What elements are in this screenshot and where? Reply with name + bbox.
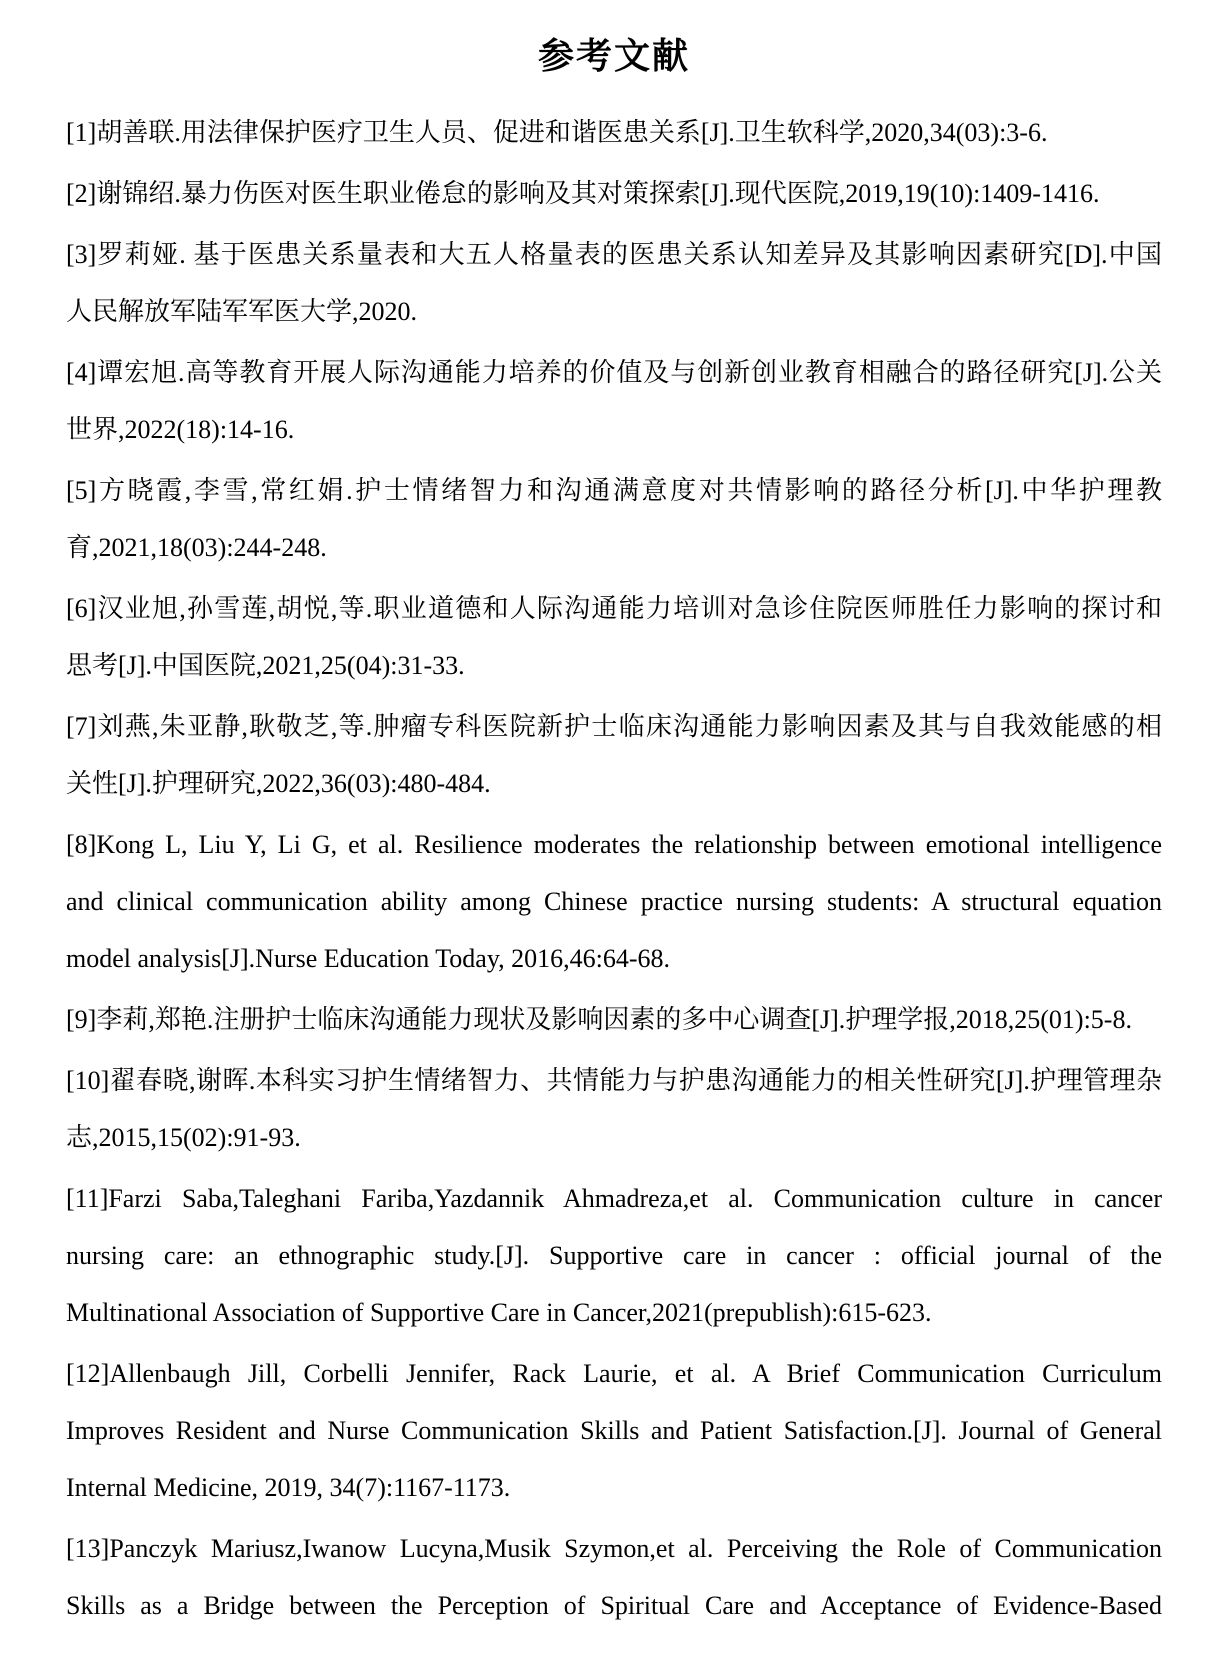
reference-line: Improves Resident and Nurse Communicatio… (66, 1402, 1162, 1459)
reference-line: Skills as a Bridge between the Perceptio… (66, 1577, 1162, 1634)
reference-line: [5]方晓霞,李雪,常红娟.护士情绪智力和沟通满意度对共情影响的路径分析[J].… (66, 462, 1162, 519)
reference-item: [1]胡善联.用法律保护医疗卫生人员、促进和谐医患关系[J].卫生软科学,202… (66, 104, 1162, 161)
references-page: 参考文献 [1]胡善联.用法律保护医疗卫生人员、促进和谐医患关系[J].卫生软科… (0, 0, 1228, 1668)
reference-line: [12]Allenbaugh Jill, Corbelli Jennifer, … (66, 1345, 1162, 1402)
reference-line: model analysis[J].Nurse Education Today,… (66, 930, 1162, 987)
reference-line: [6]汉业旭,孙雪莲,胡悦,等.职业道德和人际沟通能力培训对急诊住院医师胜任力影… (66, 580, 1162, 637)
reference-item: [12]Allenbaugh Jill, Corbelli Jennifer, … (66, 1345, 1162, 1516)
reference-line: [11]Farzi Saba,Taleghani Fariba,Yazdanni… (66, 1170, 1162, 1227)
reference-line: 育,2021,18(03):244-248. (66, 519, 1162, 576)
reference-line: 世界,2022(18):14-16. (66, 401, 1162, 458)
reference-line: [3]罗莉娅. 基于医患关系量表和大五人格量表的医患关系认知差异及其影响因素研究… (66, 226, 1162, 283)
reference-line: 人民解放军陆军军医大学,2020. (66, 283, 1162, 340)
reference-line: 关性[J].护理研究,2022,36(03):480-484. (66, 755, 1162, 812)
reference-item: [5]方晓霞,李雪,常红娟.护士情绪智力和沟通满意度对共情影响的路径分析[J].… (66, 462, 1162, 576)
reference-item: [4]谭宏旭.高等教育开展人际沟通能力培养的价值及与创新创业教育相融合的路径研究… (66, 344, 1162, 458)
page-title: 参考文献 (66, 34, 1162, 78)
reference-item: [7]刘燕,朱亚静,耿敬芝,等.肿瘤专科医院新护士临床沟通能力影响因素及其与自我… (66, 698, 1162, 812)
reference-line: 志,2015,15(02):91-93. (66, 1109, 1162, 1166)
reference-line: [2]谢锦绍.暴力伤医对医生职业倦怠的影响及其对策探索[J].现代医院,2019… (66, 165, 1162, 222)
reference-item: [10]翟春晓,谢晖.本科实习护生情绪智力、共情能力与护患沟通能力的相关性研究[… (66, 1052, 1162, 1166)
reference-item: [8]Kong L, Liu Y, Li G, et al. Resilienc… (66, 816, 1162, 987)
reference-item: [9]李莉,郑艳.注册护士临床沟通能力现状及影响因素的多中心调查[J].护理学报… (66, 991, 1162, 1048)
reference-line: [7]刘燕,朱亚静,耿敬芝,等.肿瘤专科医院新护士临床沟通能力影响因素及其与自我… (66, 698, 1162, 755)
reference-line: [13]Panczyk Mariusz,Iwanow Lucyna,Musik … (66, 1520, 1162, 1577)
reference-line: [8]Kong L, Liu Y, Li G, et al. Resilienc… (66, 816, 1162, 873)
reference-item: [3]罗莉娅. 基于医患关系量表和大五人格量表的医患关系认知差异及其影响因素研究… (66, 226, 1162, 340)
reference-line: [1]胡善联.用法律保护医疗卫生人员、促进和谐医患关系[J].卫生软科学,202… (66, 104, 1162, 161)
reference-item: [6]汉业旭,孙雪莲,胡悦,等.职业道德和人际沟通能力培训对急诊住院医师胜任力影… (66, 580, 1162, 694)
reference-line: [4]谭宏旭.高等教育开展人际沟通能力培养的价值及与创新创业教育相融合的路径研究… (66, 344, 1162, 401)
reference-line: [9]李莉,郑艳.注册护士临床沟通能力现状及影响因素的多中心调查[J].护理学报… (66, 991, 1162, 1048)
reference-line: nursing care: an ethnographic study.[J].… (66, 1227, 1162, 1284)
reference-line: 思考[J].中国医院,2021,25(04):31-33. (66, 637, 1162, 694)
reference-list: [1]胡善联.用法律保护医疗卫生人员、促进和谐医患关系[J].卫生软科学,202… (66, 104, 1162, 1634)
reference-item: [13]Panczyk Mariusz,Iwanow Lucyna,Musik … (66, 1520, 1162, 1634)
reference-item: [11]Farzi Saba,Taleghani Fariba,Yazdanni… (66, 1170, 1162, 1341)
reference-line: and clinical communication ability among… (66, 873, 1162, 930)
reference-line: [10]翟春晓,谢晖.本科实习护生情绪智力、共情能力与护患沟通能力的相关性研究[… (66, 1052, 1162, 1109)
reference-item: [2]谢锦绍.暴力伤医对医生职业倦怠的影响及其对策探索[J].现代医院,2019… (66, 165, 1162, 222)
reference-line: Multinational Association of Supportive … (66, 1284, 1162, 1341)
reference-line: Internal Medicine, 2019, 34(7):1167-1173… (66, 1459, 1162, 1516)
